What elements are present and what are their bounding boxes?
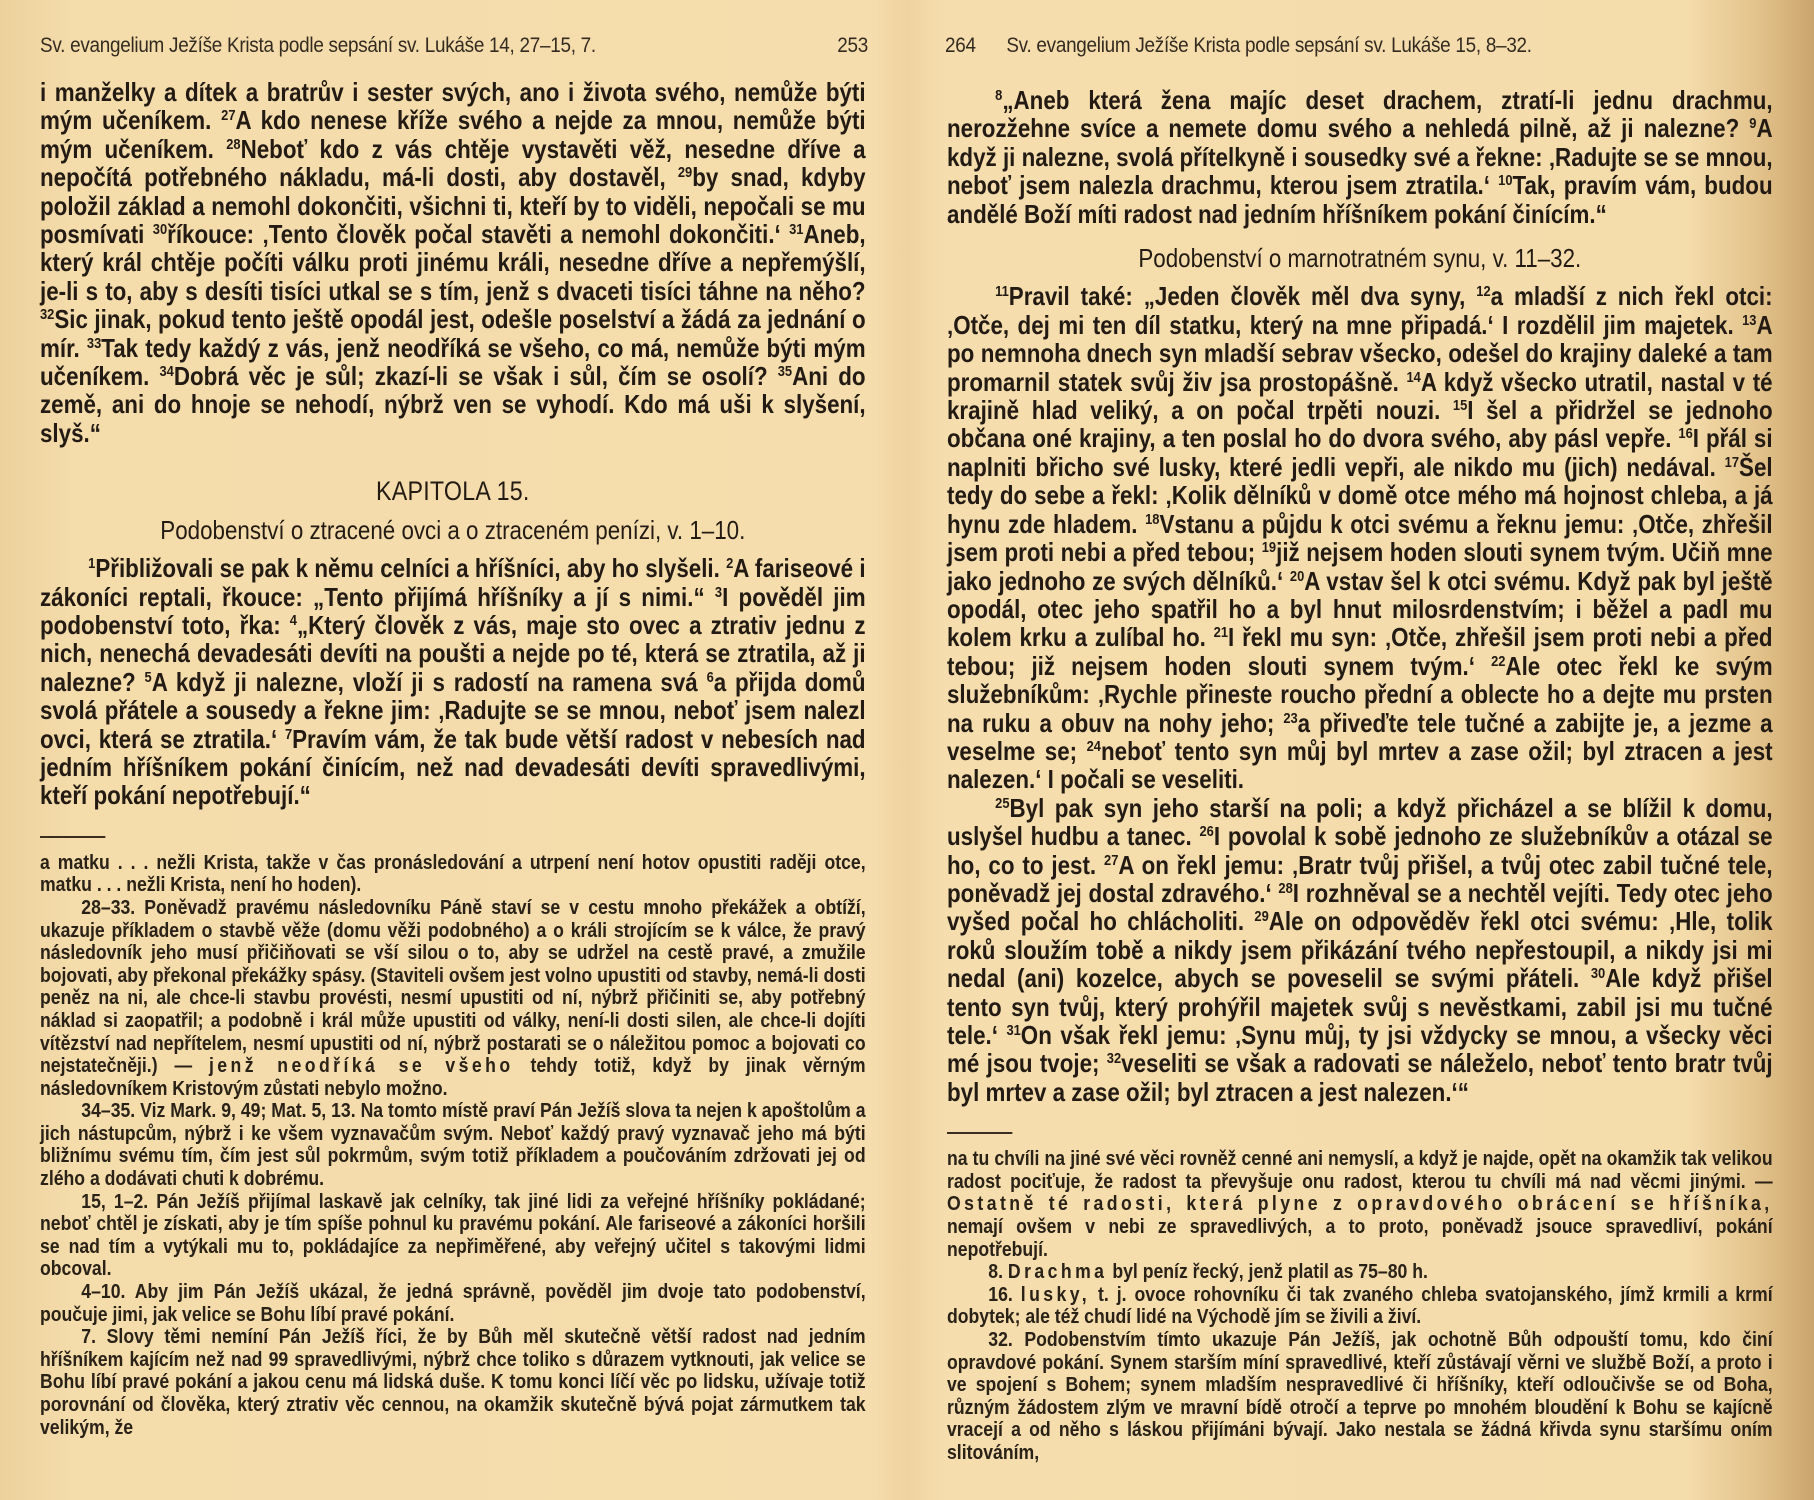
- verse-number: 22: [1491, 653, 1505, 670]
- verse-number: 28: [1278, 880, 1292, 897]
- footnote-divider: [40, 836, 105, 838]
- book-spread: Sv. evangelium Ježíše Krista podle sepsá…: [0, 0, 1814, 1500]
- verse-block: i manželky a dítek a bratrův i sester sv…: [40, 78, 866, 447]
- footnote-term: Ostatně té radosti, která plyne z opravd…: [947, 1192, 1773, 1215]
- footnote-term: Drachma: [1008, 1260, 1108, 1283]
- footnote: 15, 1–2. Pán Ježíš přijímal laskavě jak …: [40, 1191, 866, 1281]
- footnote-term: lusky,: [1021, 1283, 1090, 1306]
- footnotes-left: a matku . . . nežli Krista, takže v čas …: [40, 852, 866, 1439]
- footnotes-right: na tu chvíli na jiné své věci rovněž cen…: [947, 1148, 1773, 1464]
- footnote: na tu chvíli na jiné své věci rovněž cen…: [947, 1148, 1773, 1261]
- verse-text: Přibližovali se pak k němu celníci a hří…: [95, 553, 720, 583]
- footnote: 16. lusky, t. j. ovoce rohovníku či tak …: [947, 1284, 1773, 1329]
- verse-number: 12: [1476, 283, 1490, 300]
- verse-number: 13: [1742, 312, 1756, 329]
- verse-block: 25Byl pak syn jeho starší na poli; a kdy…: [947, 794, 1773, 1106]
- right-body-text: 8„Aneb která žena majíc deset drachem, z…: [947, 86, 1773, 1465]
- footnote: 4–10. Aby jim Pán Ježíš ukázal, že jedná…: [40, 1281, 866, 1326]
- footnote-text: 28–33. Poněvadž pravému následovníku Pán…: [40, 896, 866, 1077]
- footnote: 32. Podobenstvím tímto ukazuje Pán Ježíš…: [947, 1329, 1773, 1465]
- verse-number: 30: [153, 221, 167, 238]
- verse-number: 29: [1254, 908, 1268, 925]
- verse-number: 32: [1107, 1050, 1121, 1067]
- footnote-text: nemají ovšem v nebi ze spravedlivých, a …: [947, 1215, 1773, 1261]
- running-head-title: Sv. evangelium Ježíše Krista podle sepsá…: [40, 34, 596, 58]
- footnote: a matku . . . nežli Krista, takže v čas …: [40, 852, 866, 897]
- verse-number: 24: [1087, 738, 1101, 755]
- verse-number: 16: [1678, 425, 1692, 442]
- verse-text: Pravil také: „Jeden člověk měl dva syny,: [1009, 281, 1466, 311]
- section-title: Podobenství o marnotratném synu, v. 11–3…: [947, 244, 1773, 272]
- verse-number: 23: [1283, 710, 1297, 727]
- right-page: 264 Sv. evangelium Ježíše Krista podle s…: [907, 0, 1814, 1500]
- footnote: 34–35. Viz Mark. 9, 49; Mat. 5, 13. Na t…: [40, 1100, 866, 1190]
- verse-number: 34: [160, 363, 174, 380]
- verse-block: 8„Aneb která žena majíc deset drachem, z…: [947, 86, 1773, 228]
- section-title: Podobenství o ztracené ovci a o ztracené…: [40, 516, 866, 544]
- verse-number: 18: [1145, 511, 1159, 528]
- chapter-title: KAPITOLA 15.: [40, 477, 866, 505]
- verse-number: 26: [1199, 823, 1213, 840]
- verse-text: Dobrá věc je sůl; zkazí-li se však i sůl…: [174, 361, 768, 391]
- verse-number: 4: [290, 612, 297, 629]
- verse-number: 25: [995, 795, 1009, 812]
- verse-text: říkouce: ‚Tento člověk počal stavěti a n…: [167, 219, 781, 249]
- footnote-text: byl peníz řecký, jenž platil as 75–80 h.: [1112, 1260, 1428, 1283]
- page-number: 264: [945, 34, 976, 58]
- verse-number: 11: [995, 283, 1009, 300]
- verse-number: 20: [1290, 568, 1304, 585]
- left-body-text: i manželky a dítek a bratrův i sester sv…: [40, 78, 866, 1439]
- verse-block: 11Pravil také: „Jeden člověk měl dva syn…: [947, 282, 1773, 793]
- verse-block: 1Přibližovali se pak k němu celníci a hř…: [40, 554, 866, 810]
- verse-number: 27: [1104, 852, 1118, 869]
- verse-number: 28: [226, 136, 240, 153]
- verse-number: 33: [87, 335, 101, 352]
- verse-number: 32: [40, 306, 54, 323]
- verse-number: 19: [1262, 539, 1276, 556]
- verse-number: 31: [789, 221, 803, 238]
- footnote-divider: [947, 1132, 1012, 1134]
- verse-number: 30: [1591, 965, 1605, 982]
- footnote: 28–33. Poněvadž pravému následovníku Pán…: [40, 897, 866, 1100]
- verse-number: 5: [145, 669, 152, 686]
- verse-text: A když ji nalezne, vloží ji s radostí na…: [152, 667, 698, 697]
- left-page: Sv. evangelium Ježíše Krista podle sepsá…: [0, 0, 907, 1500]
- verse-number: 14: [1406, 369, 1420, 386]
- verse-text: „Aneb která žena majíc deset drachem, zt…: [947, 85, 1773, 143]
- footnote-label: 8.: [988, 1260, 1003, 1283]
- footnote: 7. Slovy těmi nemíní Pán Ježíš říci, že …: [40, 1326, 866, 1439]
- page-number: 253: [837, 34, 868, 58]
- verse-number: 35: [778, 363, 792, 380]
- verse-number: 21: [1214, 624, 1228, 641]
- verse-number: 17: [1725, 454, 1739, 471]
- footnote-text: na tu chvíli na jiné své věci rovněž cen…: [947, 1147, 1773, 1193]
- verse-number: 10: [1498, 172, 1512, 189]
- footnote-label: 16.: [988, 1283, 1013, 1306]
- verse-number: 15: [1453, 397, 1467, 414]
- verse-number: 27: [221, 107, 235, 124]
- running-head-title: Sv. evangelium Ježíše Krista podle sepsá…: [1006, 34, 1531, 58]
- verse-number: 29: [678, 164, 692, 181]
- footnote-term: jenž neodříká se všeho: [209, 1054, 514, 1077]
- running-head-left: Sv. evangelium Ježíše Krista podle sepsá…: [40, 34, 868, 58]
- running-head-right: 264 Sv. evangelium Ježíše Krista podle s…: [945, 34, 1710, 58]
- footnote: 8. Drachma byl peníz řecký, jenž platil …: [947, 1261, 1773, 1284]
- verse-number: 31: [1006, 1022, 1020, 1039]
